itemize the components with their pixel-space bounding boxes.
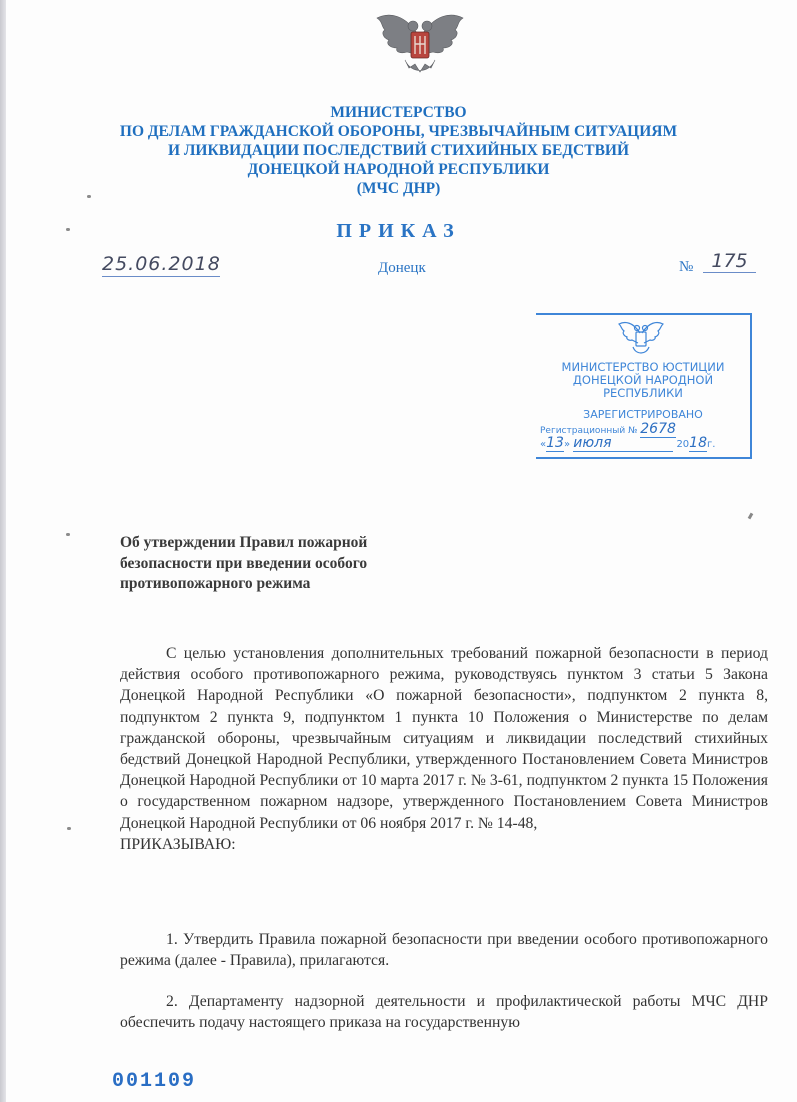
- order-command: ПРИКАЗЫВАЮ:: [120, 834, 768, 855]
- header-line: (МЧС ДНР): [0, 179, 797, 198]
- stamp-date-year-prefix: 20: [676, 439, 689, 450]
- stamp-date-month: июля: [573, 435, 673, 452]
- stamp-date-year-suffix: 18: [689, 435, 707, 452]
- header-line: МИНИСТЕРСТВО: [0, 103, 797, 122]
- stamp-status: ЗАРЕГИСТРИРОВАНО: [536, 408, 750, 421]
- stamp-date-day: 13: [546, 435, 564, 452]
- registration-stamp: МИНИСТЕРСТВО ЮСТИЦИИ ДОНЕЦКОЙ НАРОДНОЙ Р…: [536, 313, 752, 459]
- order-city: Донецк: [378, 260, 426, 277]
- stamp-date-row: «13» июля 2018г.: [540, 435, 750, 452]
- stamp-line: РЕСПУБЛИКИ: [536, 387, 750, 400]
- header-line: И ЛИКВИДАЦИИ ПОСЛЕДСТВИЙ СТИХИЙНЫХ БЕДСТ…: [0, 141, 797, 160]
- form-serial-number: 001109: [112, 1070, 196, 1093]
- order-number-label: №: [679, 259, 693, 276]
- order-date: 25.06.2018: [102, 253, 220, 277]
- order-subject: Об утверждении Правил пожарной безопасно…: [120, 533, 460, 595]
- preamble-paragraph: С целью установления дополнительных треб…: [120, 643, 768, 834]
- ministry-header: МИНИСТЕРСТВО ПО ДЕЛАМ ГРАЖДАНСКОЙ ОБОРОН…: [0, 103, 797, 198]
- stamp-coat-of-arms-icon: [618, 319, 664, 357]
- order-title: ПРИКАЗ: [0, 220, 797, 243]
- order-item-text: 1. Утвердить Правила пожарной безопаснос…: [120, 929, 768, 971]
- order-item-2: 2. Департаменту надзорной деятельности и…: [120, 991, 768, 1033]
- header-line: ДОНЕЦКОЙ НАРОДНОЙ РЕСПУБЛИКИ: [0, 160, 797, 179]
- order-body: С целью установления дополнительных треб…: [120, 643, 768, 855]
- coat-of-arms-icon: [375, 8, 465, 80]
- punch-mark: [66, 533, 70, 536]
- scan-speck: [748, 513, 754, 520]
- punch-mark: [67, 827, 71, 830]
- order-item-1: 1. Утвердить Правила пожарной безопаснос…: [120, 929, 768, 971]
- order-number: 175: [703, 250, 756, 273]
- header-line: ПО ДЕЛАМ ГРАЖДАНСКОЙ ОБОРОНЫ, ЧРЕЗВЫЧАЙН…: [0, 122, 797, 141]
- order-item-text: 2. Департаменту надзорной деятельности и…: [120, 991, 768, 1033]
- stamp-date-year-unit: г.: [707, 439, 715, 450]
